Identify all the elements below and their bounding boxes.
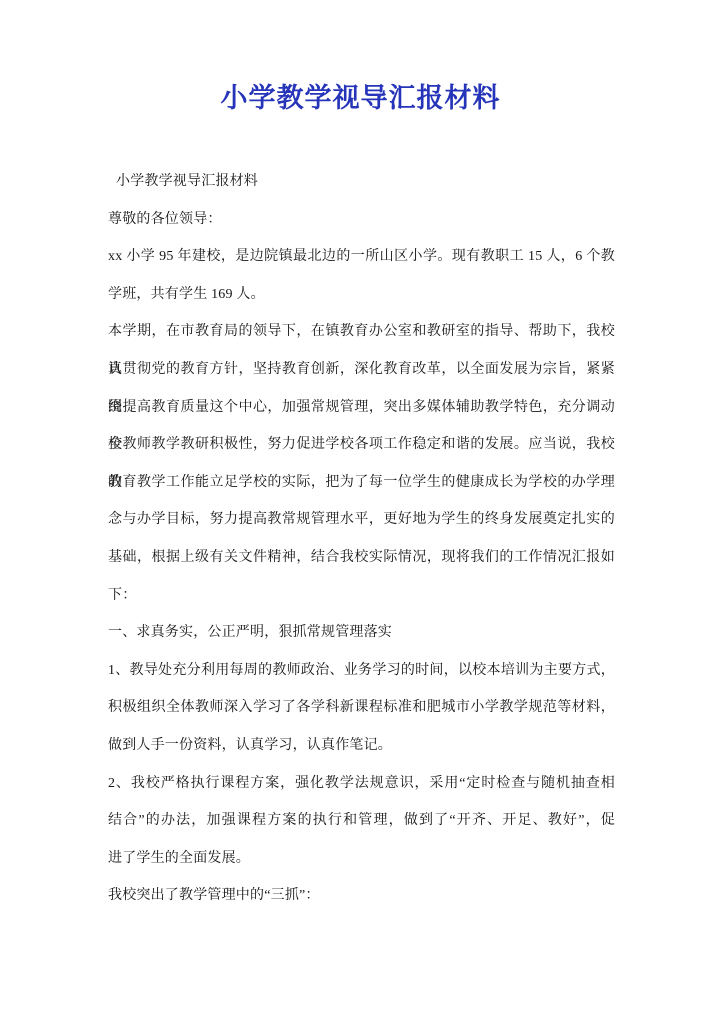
- document-line: 教育教学工作能立足学校的实际，把为了每一位学生的健康成长为学校的办学理: [108, 464, 615, 502]
- document-line: 尊敬的各位领导：: [108, 201, 615, 239]
- document-line: 1、教导处充分利用每周的教师政治、业务学习的时间，以校本培训为主要方式，: [108, 652, 615, 690]
- document-title: 小学教学视导汇报材料: [0, 82, 721, 116]
- document-line: 结合”的办法，加强课程方案的执行和管理，做到了“开齐、开足、教好”，促: [108, 802, 615, 840]
- document-line: 下：: [108, 577, 615, 615]
- document-line: 真贯彻党的教育方针，坚持教育创新，深化教育改革，以全面发展为宗旨，紧紧围: [108, 351, 615, 389]
- document-line: 2、我校严格执行课程方案，强化教学法规意识，采用“定时检查与随机抽查相: [108, 765, 615, 803]
- document-line: 基础，根据上级有关文件精神，结合我校实际情况，现将我们的工作情况汇报如: [108, 539, 615, 577]
- document-line: 学班，共有学生 169 人。: [108, 276, 615, 314]
- document-line: 做到人手一份资料，认真学习，认真作笔记。: [108, 727, 615, 765]
- document-line: 小学教学视导汇报材料: [108, 163, 615, 201]
- document-line: 一、求真务实，公正严明，狠抓常规管理落实: [108, 614, 615, 652]
- document-line: 念与办学目标，努力提高教常规管理水平，更好地为学生的终身发展奠定扎实的: [108, 501, 615, 539]
- document-page: 小学教学视导汇报材料 小学教学视导汇报材料尊敬的各位领导：xx 小学 95 年建…: [0, 0, 721, 1020]
- document-line: 进了学生的全面发展。: [108, 840, 615, 878]
- document-line: 校教师教学教研积极性，努力促进学校各项工作稳定和谐的发展。应当说，我校的: [108, 426, 615, 464]
- document-line: 绕提高教育质量这个中心，加强常规管理，突出多媒体辅助教学特色，充分调动全: [108, 389, 615, 427]
- document-line: 本学期，在市教育局的领导下，在镇教育办公室和教研室的指导、帮助下，我校认: [108, 313, 615, 351]
- document-body: 小学教学视导汇报材料尊敬的各位领导：xx 小学 95 年建校，是边院镇最北边的一…: [108, 163, 615, 915]
- document-line: 积极组织全体教师深入学习了各学科新课程标准和肥城市小学教学规范等材料，: [108, 689, 615, 727]
- document-line: xx 小学 95 年建校，是边院镇最北边的一所山区小学。现有教职工 15 人，6…: [108, 238, 615, 276]
- document-line: 我校突出了教学管理中的“三抓”：: [108, 877, 615, 915]
